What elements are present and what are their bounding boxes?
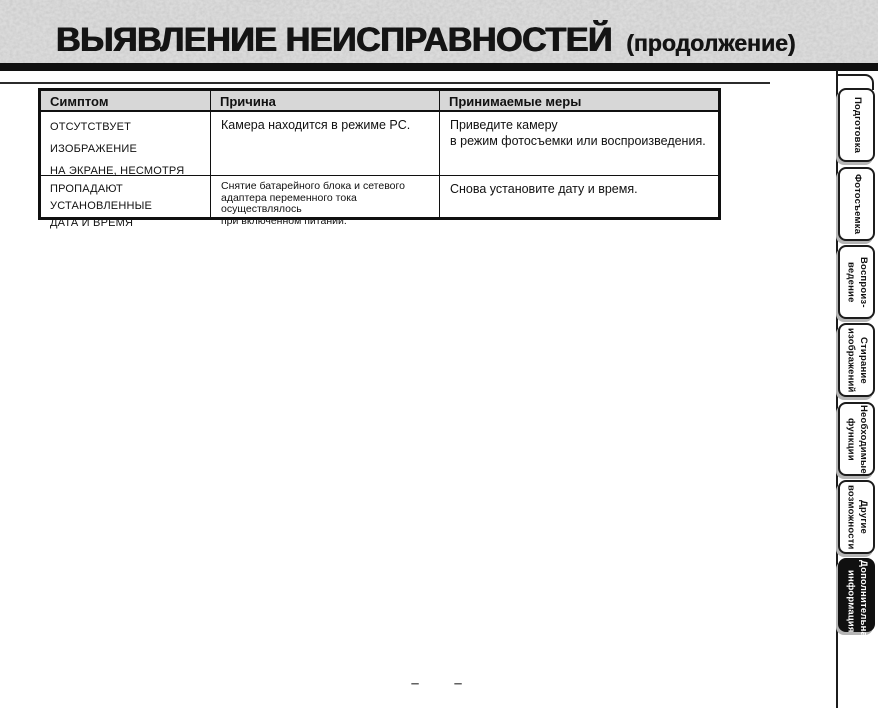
header-measures: Принимаемые меры	[440, 91, 718, 112]
troubleshooting-table: Симптом Причина Принимаемые меры ОТСУТСТ…	[38, 88, 721, 220]
header-thin-rule	[0, 82, 770, 84]
page-number-dash-right: –	[452, 677, 464, 691]
tab-playback[interactable]: Воспроиз- ведение	[838, 245, 875, 319]
tab-preparation-label: Подготовка	[850, 97, 863, 153]
tab-other-features-label: Другие возможности	[844, 485, 869, 550]
tab-shooting[interactable]: Фотосъемка	[838, 167, 875, 241]
tab-essential-functions[interactable]: Необходимые функции	[838, 402, 875, 476]
row0-cause-cell: Камера находится в режиме PC.	[211, 112, 440, 176]
tab-playback-label: Воспроиз- ведение	[844, 257, 869, 308]
tab-shooting-label: Фотосъемка	[850, 174, 863, 234]
manual-page: ВЫЯВЛЕНИЕ НЕИСПРАВНОСТЕЙ (продолжение) С…	[0, 0, 878, 708]
header-cause: Причина	[211, 91, 440, 112]
tab-other-features[interactable]: Другие возможности	[838, 480, 875, 554]
header-divider-bar	[0, 63, 878, 71]
tab-additional-information-label: Дополнительная информация	[844, 560, 869, 643]
tab-essential-functions-label: Необходимые функции	[844, 405, 869, 474]
header-symptom: Симптом	[41, 91, 211, 112]
row1-symptom-cell: ПРОПАДАЮТ УСТАНОВЛЕННЫЕ ДАТА И ВРЕМЯ	[41, 176, 211, 217]
page-header: ВЫЯВЛЕНИЕ НЕИСПРАВНОСТЕЙ (продолжение)	[56, 21, 795, 60]
row1-cause-cell: Снятие батарейного блока и сетевого адап…	[211, 176, 440, 217]
page-title: ВЫЯВЛЕНИЕ НЕИСПРАВНОСТЕЙ	[56, 21, 612, 60]
row1-measures-cell: Снова установите дату и время.	[440, 176, 718, 217]
tab-preparation[interactable]: Подготовка	[838, 88, 875, 162]
tab-erasing-images[interactable]: Стирание изображений	[838, 323, 875, 397]
tab-erasing-images-label: Стирание изображений	[844, 328, 869, 393]
page-number-dash-left: –	[409, 677, 421, 691]
row0-symptom-cell: ОТСУТСТВУЕТ ИЗОБРАЖЕНИЕ НА ЭКРАНЕ, НЕСМО…	[41, 112, 211, 176]
row0-measures-cell: Приведите камеру в режим фотосъемки или …	[440, 112, 718, 176]
tab-additional-information[interactable]: Дополнительная информация	[838, 558, 875, 632]
page-title-suffix: (продолжение)	[626, 30, 795, 57]
